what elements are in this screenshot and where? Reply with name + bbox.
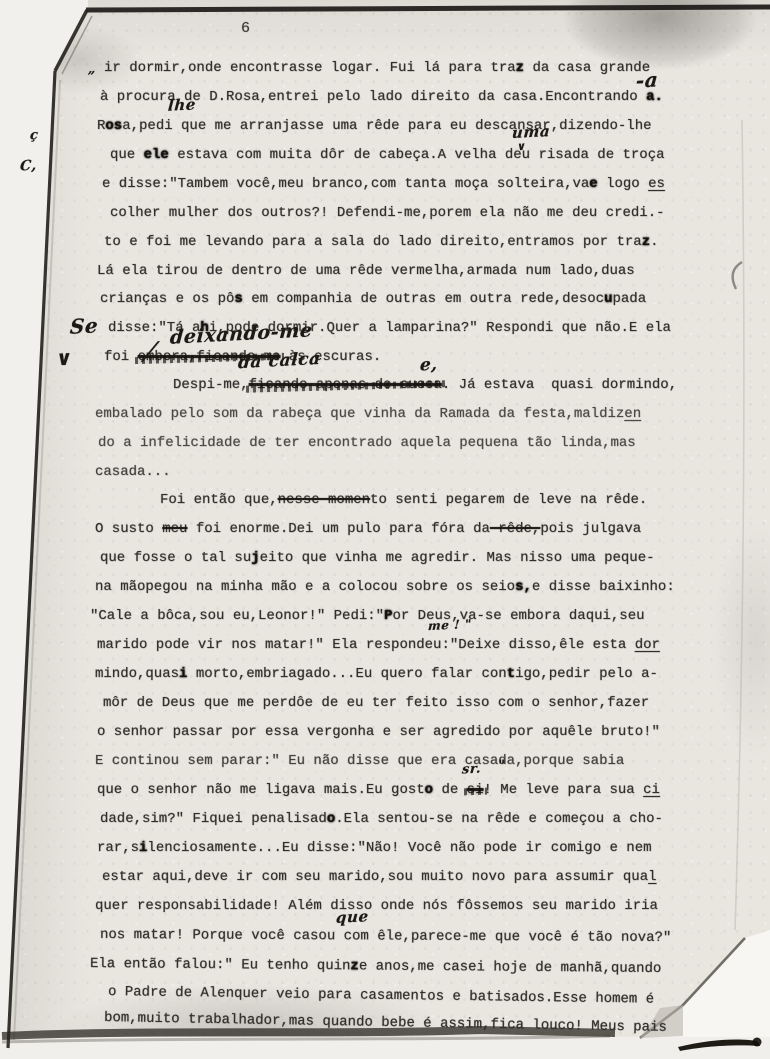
typed-line: que ele estava com muita dôr de cabeça.A… bbox=[110, 147, 665, 163]
overtyped-text: ele bbox=[144, 147, 169, 163]
overtyped-text: os bbox=[105, 118, 122, 134]
underlined-text: dor bbox=[635, 637, 660, 653]
typed-line: Despi-me,ficando apenas de cueca. Já est… bbox=[173, 377, 677, 393]
overtyped-text: s bbox=[234, 291, 242, 307]
typed-text: Lá ela tirou de dentro de uma rêde verme… bbox=[97, 263, 635, 279]
overtyped-text: o bbox=[327, 811, 335, 827]
typed-text: ir dormir,onde encontrasse logar. Fui lá… bbox=[104, 60, 516, 76]
typed-line: rar,silenciosamente...Eu disse:"Não! Voc… bbox=[97, 840, 652, 856]
typed-text: to senti pegarem de leve na rêde. bbox=[370, 492, 647, 508]
typed-text: E continou sem parar:" Eu não disse que … bbox=[95, 753, 624, 769]
typed-line: estar aqui,deve ir com seu marido,sou mu… bbox=[102, 869, 657, 885]
typed-line: môr de Deus que me perdôe de eu ter feit… bbox=[103, 695, 649, 711]
typed-text: O susto bbox=[95, 521, 162, 537]
typed-text: Ela então falou:" Eu tenho quin bbox=[90, 956, 351, 974]
underlined-text: l bbox=[648, 869, 656, 885]
handwritten-annotation: e, bbox=[419, 354, 438, 375]
typed-line: O susto meu foi enorme.Dei um pulo para … bbox=[95, 521, 641, 537]
typed-text: pada bbox=[613, 291, 647, 307]
typed-text: dade,sim?" Fiquei penalisad bbox=[100, 811, 327, 827]
typed-line: "Cale a bôca,sou eu,Leonor!" Pedi:"Por D… bbox=[90, 608, 645, 624]
struck-text: nesse momen bbox=[278, 492, 370, 508]
typed-text: colher mulher dos outros?! Defendi-me,po… bbox=[110, 205, 665, 221]
typed-text: to e foi me levando para a sala do lado … bbox=[104, 234, 642, 250]
typed-line: e disse:"Tambem você,meu branco,com tant… bbox=[102, 176, 665, 192]
typed-line: dade,sim?" Fiquei penalisado.Ela sentou-… bbox=[100, 811, 663, 827]
handwritten-annotation: que bbox=[335, 907, 369, 927]
handwritten-annotation: ∨ bbox=[55, 345, 74, 370]
underlined-text: en bbox=[624, 406, 641, 422]
page-number: 6 bbox=[241, 20, 250, 37]
typed-text: estava com muita dôr de cabeça.A velha d… bbox=[169, 147, 665, 163]
scan-edge-top bbox=[86, 7, 770, 10]
typed-line: marido pode vir nos matar!" Ela responde… bbox=[97, 637, 660, 653]
typed-line: que o senhor não me ligava mais.Eu gosto… bbox=[97, 782, 660, 798]
typed-text: "Cale a bôca,sou eu,Leonor!" Pedi:" bbox=[90, 608, 384, 624]
handwritten-annotation: sr. bbox=[461, 761, 481, 777]
struck-text: si bbox=[467, 782, 484, 798]
handwritten-annotation: " bbox=[497, 758, 505, 773]
typed-text: igo,pedir pelo a- bbox=[515, 666, 658, 682]
typed-line: nos matar! Porque você casou com êle,par… bbox=[100, 927, 671, 946]
typed-text: pois julgava bbox=[540, 521, 641, 537]
typed-text: bom,muito trabalhador,mas quando bebe é … bbox=[104, 1010, 667, 1036]
typed-text: e anos,me casei hoje de manhã,quando bbox=[359, 958, 662, 977]
typed-text: crianças e os pô bbox=[100, 291, 234, 307]
typed-text: que o senhor não me ligava mais.Eu gost bbox=[97, 782, 425, 798]
handwritten-annotation: ∨ bbox=[517, 140, 527, 154]
overtyped-text: s, bbox=[515, 579, 532, 595]
typed-text: na mãopegou na minha mão e a colocou sob… bbox=[95, 579, 515, 595]
overtyped-text: t bbox=[507, 666, 515, 682]
typed-text: do a infelicidade de ter encontrado aque… bbox=[98, 435, 636, 451]
scan-background-bottom bbox=[0, 1037, 770, 1059]
typed-line: que fosse o tal sujeito que vinha me agr… bbox=[100, 550, 655, 566]
handwritten-annotation: me ! " bbox=[428, 617, 473, 633]
struck-text: meu bbox=[162, 521, 187, 537]
typed-line: to e foi me levando para a sala do lado … bbox=[104, 234, 659, 250]
corner-fold-top-left bbox=[55, 10, 87, 71]
struck-text: ficando apenas de cueca bbox=[249, 377, 442, 393]
typed-text: que bbox=[110, 147, 144, 163]
typed-line: Rosa,pedi que me arranjasse uma rêde par… bbox=[97, 118, 652, 134]
typed-line: o Padre de Alenquer veio para casamentos… bbox=[108, 984, 654, 1008]
typed-text: Foi então que, bbox=[160, 492, 278, 508]
handwritten-annotation: lhe bbox=[167, 95, 196, 115]
underlined-text: es bbox=[648, 176, 665, 192]
typed-line: casada... bbox=[95, 464, 171, 480]
typed-text: embalado pelo som da rabeça que vinha da… bbox=[95, 406, 624, 422]
typed-line: o senhor passar por essa vergonha e ser … bbox=[97, 724, 660, 740]
overtyped-text: j bbox=[251, 550, 259, 566]
overtyped-text: z bbox=[642, 234, 650, 250]
document-page: 6 ir dormir,onde encontrasse logar. Fui … bbox=[0, 0, 770, 1059]
typed-text: que fosse o tal su bbox=[100, 550, 251, 566]
overtyped-text: e bbox=[589, 176, 597, 192]
typed-text: môr de Deus que me perdôe de eu ter feit… bbox=[103, 695, 649, 711]
overtyped-text: o bbox=[425, 782, 433, 798]
typed-text: rar,s bbox=[97, 840, 139, 856]
typed-line: mindo,quasi morto,embriagado...Eu quero … bbox=[95, 666, 658, 682]
typed-line: na mãopegou na minha mão e a colocou sob… bbox=[95, 579, 675, 595]
typed-text: Despi-me, bbox=[173, 377, 249, 393]
overtyped-text: z bbox=[516, 60, 524, 76]
typed-text: logo bbox=[598, 176, 648, 192]
scan-mark-bottom-right bbox=[678, 1039, 760, 1051]
typed-text: eito que vinha me agredir. Mas nisso uma… bbox=[260, 550, 655, 566]
typed-text: e disse:"Tambem você,meu branco,com tant… bbox=[102, 176, 589, 192]
handwritten-annotation: da calca bbox=[237, 349, 321, 373]
typed-line: bom,muito trabalhador,mas quando bebe é … bbox=[104, 1010, 667, 1036]
typed-line: ir dormir,onde encontrasse logar. Fui lá… bbox=[104, 60, 650, 76]
typed-text: mindo,quas bbox=[95, 666, 179, 682]
typed-line: do a infelicidade de ter encontrado aque… bbox=[98, 435, 636, 451]
typed-line: quer responsabilidade! Além disso onde n… bbox=[95, 898, 658, 914]
typed-text: a,pedi que me arranjasse uma rêde para e… bbox=[122, 118, 651, 134]
typed-line: embalado pelo som da rabeça que vinha da… bbox=[95, 406, 641, 422]
typed-text: em companhia de outras em outra rede,des… bbox=[243, 291, 604, 307]
typed-text: .Ela sentou-se na rêde e começou a cho- bbox=[335, 811, 663, 827]
typed-text: marido pode vir nos matar!" Ela responde… bbox=[97, 637, 635, 653]
typed-text: nos matar! Porque você casou com êle,par… bbox=[100, 927, 671, 946]
typed-text: de bbox=[433, 782, 467, 798]
typed-text: lenciosamente...Eu disse:"Não! Você não … bbox=[147, 840, 651, 856]
underlined-text: ci bbox=[643, 782, 660, 798]
typed-line: Foi então que,nesse momento senti pegare… bbox=[160, 492, 647, 508]
handwritten-annotation: -a bbox=[635, 67, 659, 92]
typed-line: crianças e os pôs em companhia de outras… bbox=[100, 291, 646, 307]
typed-text: casada... bbox=[95, 464, 171, 480]
typed-line: Ela então falou:" Eu tenho quinze anos,m… bbox=[90, 956, 661, 977]
typed-text: o Padre de Alenquer veio para casamentos… bbox=[108, 984, 654, 1008]
overtyped-text: u bbox=[604, 291, 612, 307]
typed-text: foi enorme.Dei um pulo para fóra da bbox=[187, 521, 489, 537]
handwritten-annotation: Se bbox=[69, 313, 99, 339]
typed-text: da casa grande bbox=[524, 60, 650, 76]
handwritten-annotation: uma bbox=[511, 122, 551, 142]
typed-text: ! Me leve para sua bbox=[483, 782, 643, 798]
scan-edge-left bbox=[8, 71, 55, 1048]
handwritten-annotation: C, bbox=[19, 158, 37, 175]
handwritten-annotation: ç bbox=[29, 128, 39, 144]
typed-text: . Já estava quasi dormindo, bbox=[442, 377, 677, 393]
typed-text: . bbox=[650, 234, 658, 250]
handwritten-annotation: „ bbox=[87, 62, 96, 77]
typed-text: morto,embriagado...Eu quero falar con bbox=[187, 666, 506, 682]
typed-text: o senhor passar por essa vergonha e ser … bbox=[97, 724, 660, 740]
typed-text: quer responsabilidade! Além disso onde n… bbox=[95, 898, 658, 914]
typed-line: colher mulher dos outros?! Defendi-me,po… bbox=[110, 205, 665, 221]
typed-text: foi bbox=[104, 349, 138, 365]
typed-text: estar aqui,deve ir com seu marido,sou mu… bbox=[102, 869, 648, 885]
margin-mark-right bbox=[733, 262, 742, 289]
typed-text: e disse baixinho: bbox=[532, 579, 675, 595]
struck-text: rêde, bbox=[490, 521, 540, 537]
typed-line: E continou sem parar:" Eu não disse que … bbox=[95, 753, 624, 769]
typed-line: Lá ela tirou de dentro de uma rêde verme… bbox=[97, 263, 635, 279]
overtyped-text: z bbox=[350, 958, 359, 974]
